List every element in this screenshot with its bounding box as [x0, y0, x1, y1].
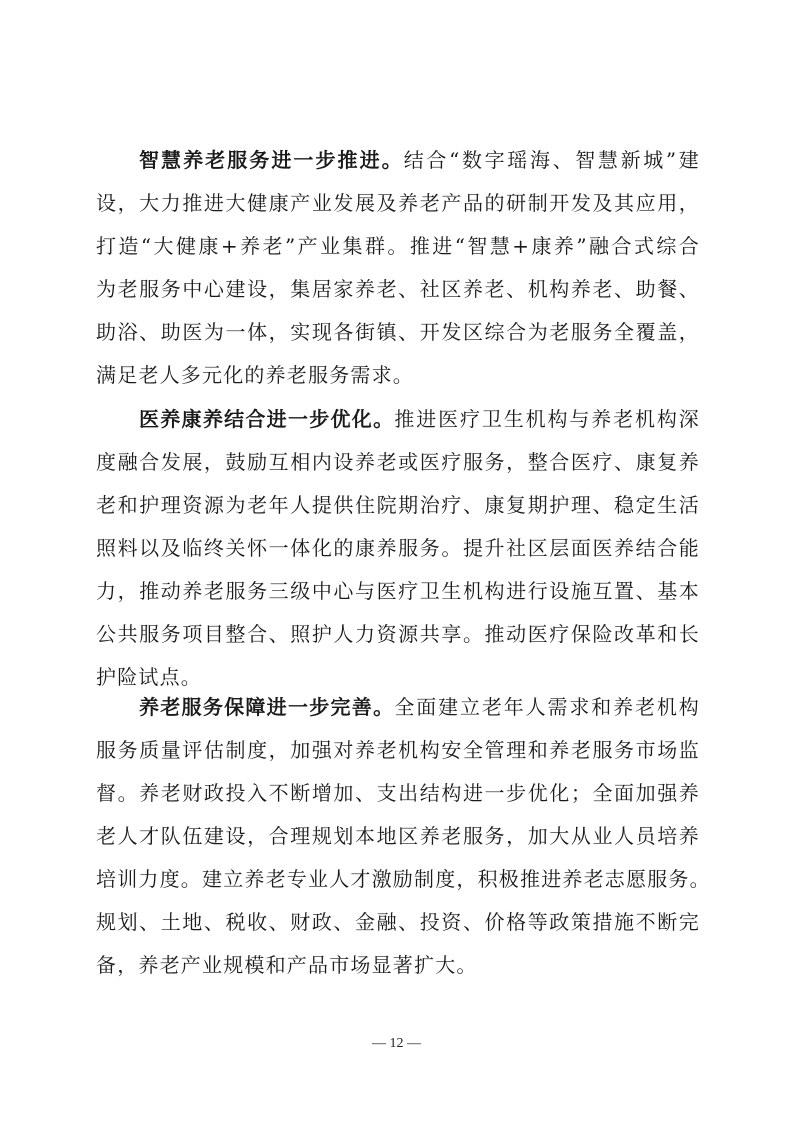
section-heading: 医养康养结合进一步优化。	[139, 407, 394, 431]
paragraph-line: 打造“大健康+养老”产业集群。推进“智慧+康养”融合式综合	[96, 225, 700, 268]
paragraph-line: 医养康养结合进一步优化。推进医疗卫生机构与养老机构深	[96, 398, 700, 441]
section-medical-care-integration: 医养康养结合进一步优化。推进医疗卫生机构与养老机构深 度融合发展，鼓励互相内设养…	[96, 398, 700, 699]
paragraph-line: 照料以及临终关怀一体化的康养服务。提升社区层面医养结合能	[96, 527, 700, 570]
paragraph-line: 为老服务中心建设，集居家养老、社区养老、机构养老、助餐、	[96, 268, 700, 311]
paragraph-line: 智慧养老服务进一步推进。结合“数字瑶海、智慧新城”建	[96, 139, 700, 182]
paragraph-line: 度融合发展，鼓励互相内设养老或医疗服务，整合医疗、康复养	[96, 441, 700, 484]
section-elderly-care-guarantee: 养老服务保障进一步完善。全面建立老年人需求和养老机构 服务质量评估制度，加强对养…	[96, 686, 700, 987]
paragraph-line: 满足老人多元化的养老服务需求。	[96, 354, 700, 397]
paragraph-line: 督。养老财政投入不断增加、支出结构进一步优化；全面加强养	[96, 772, 700, 815]
paragraph-line: 养老服务保障进一步完善。全面建立老年人需求和养老机构	[96, 686, 700, 729]
paragraph-line: 服务质量评估制度，加强对养老机构安全管理和养老服务市场监	[96, 729, 700, 772]
paragraph-line: 助浴、助医为一体，实现各街镇、开发区综合为老服务全覆盖，	[96, 311, 700, 354]
section-smart-elderly-care: 智慧养老服务进一步推进。结合“数字瑶海、智慧新城”建 设，大力推进大健康产业发展…	[96, 139, 700, 397]
document-page: 智慧养老服务进一步推进。结合“数字瑶海、智慧新城”建 设，大力推进大健康产业发展…	[0, 0, 793, 1122]
paragraph-line: 培训力度。建立养老专业人才激励制度，积极推进养老志愿服务。	[96, 858, 700, 901]
paragraph-line: 力，推动养老服务三级中心与医疗卫生机构进行设施互置、基本	[96, 570, 700, 613]
section-heading: 智慧养老服务进一步推进。	[139, 148, 404, 172]
paragraph-line: 备，养老产业规模和产品市场显著扩大。	[96, 944, 700, 987]
paragraph-line: 设，大力推进大健康产业发展及养老产品的研制开发及其应用，	[96, 182, 700, 225]
paragraph-line: 老和护理资源为老年人提供住院期治疗、康复期护理、稳定生活	[96, 484, 700, 527]
paragraph-line: 规划、土地、税收、财政、金融、投资、价格等政策措施不断完	[96, 901, 700, 944]
page-number: — 12 —	[0, 1036, 793, 1052]
paragraph-line: 老人才队伍建设，合理规划本地区养老服务，加大从业人员培养	[96, 815, 700, 858]
paragraph-line: 公共服务项目整合、照护人力资源共享。推动医疗保险改革和长	[96, 613, 700, 656]
section-heading: 养老服务保障进一步完善。	[139, 695, 394, 719]
